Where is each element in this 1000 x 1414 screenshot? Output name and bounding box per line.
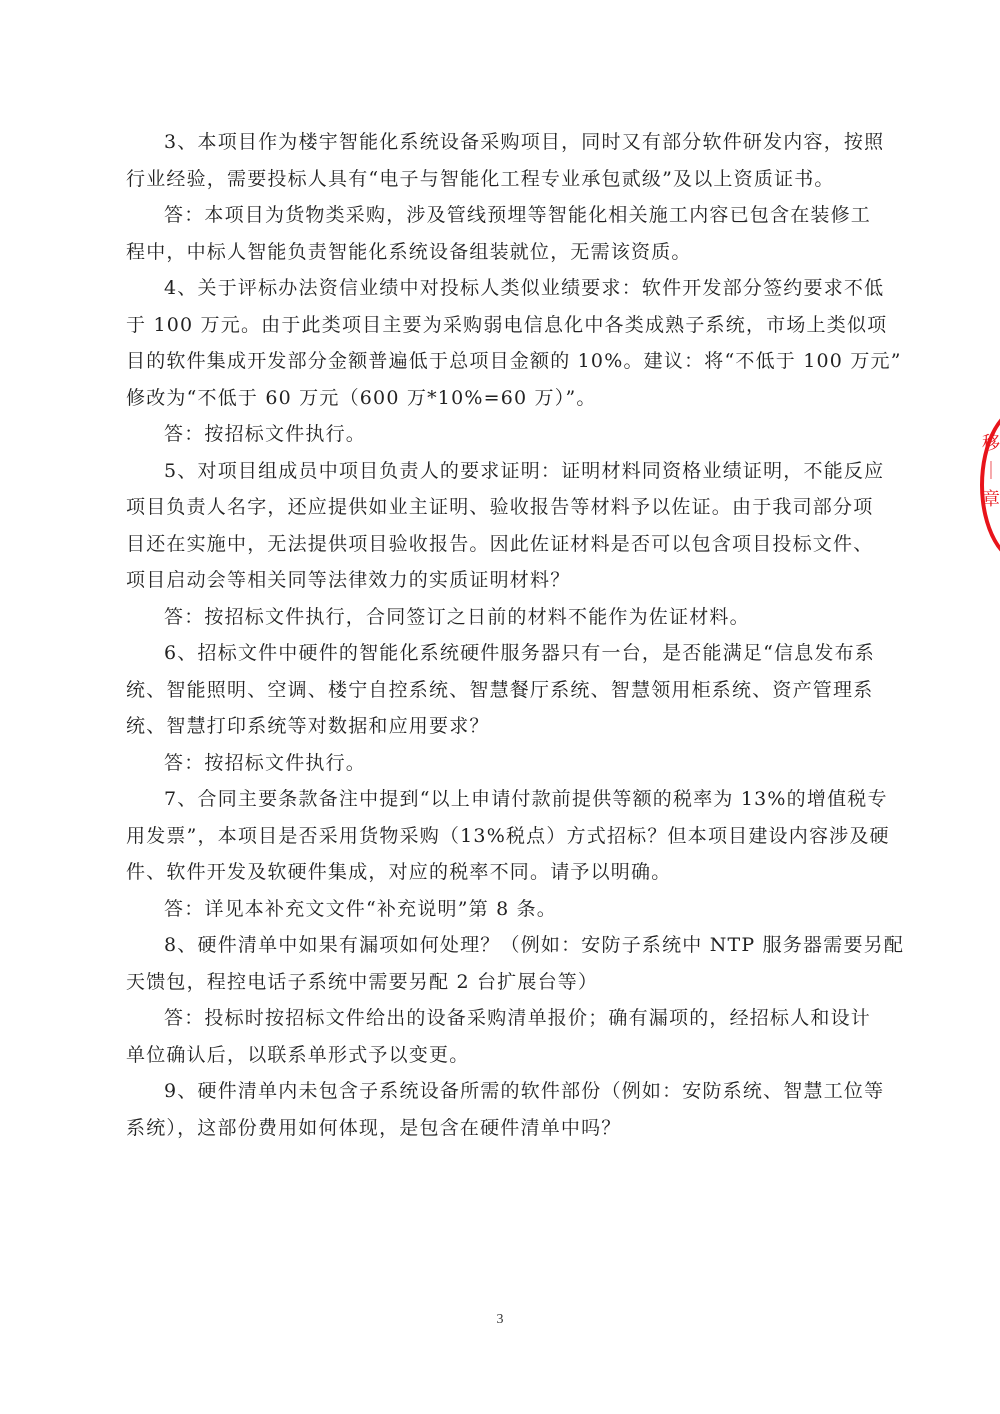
document-body: 3、本项目作为楼宇智能化系统设备采购项目，同时又有部分软件研发内容，按照行业经验… <box>126 124 916 1146</box>
paragraph-first-line: 3、本项目作为楼宇智能化系统设备采购项目，同时又有部分软件研发内容，按照 <box>126 124 916 161</box>
paragraph-first-line: 答：投标时按招标文件给出的设备采购清单报价；确有漏项的，经招标人和设计 <box>126 1000 916 1037</box>
paragraph-first-line: 答：按招标文件执行。 <box>126 416 916 453</box>
paragraph-line: 修改为“不低于 60 万元（600 万*10%=60 万）”。 <box>126 380 916 417</box>
paragraph-first-line: 7、合同主要条款备注中提到“以上申请付款前提供等额的税率为 13%的增值税专 <box>126 781 916 818</box>
paragraph-line: 于 100 万元。由于此类项目主要为采购弱电信息化中各类成熟子系统，市场上类似项 <box>126 307 916 344</box>
paragraph-first-line: 答：按招标文件执行，合同签订之日前的材料不能作为佐证材料。 <box>126 599 916 636</box>
paragraph-first-line: 4、关于评标办法资信业绩中对投标人类似业绩要求：软件开发部分签约要求不低 <box>126 270 916 307</box>
paragraph-first-line: 答：本项目为货物类采购，涉及管线预埋等智能化相关施工内容已包含在装修工 <box>126 197 916 234</box>
paragraph-line: 程中，中标人智能负责智能化系统设备组装就位，无需该资质。 <box>126 234 916 271</box>
red-seal-stamp-text: 移 ｜ 章 <box>982 430 1000 514</box>
paragraph-line: 统、智慧打印系统等对数据和应用要求？ <box>126 708 916 745</box>
paragraph-line: 项目负责人名字，还应提供如业主证明、验收报告等材料予以佐证。由于我司部分项 <box>126 489 916 526</box>
paragraph-first-line: 9、硬件清单内未包含子系统设备所需的软件部份（例如：安防系统、智慧工位等 <box>126 1073 916 1110</box>
paragraph-first-line: 8、硬件清单中如果有漏项如何处理？（例如：安防子系统中 NTP 服务器需要另配 <box>126 927 916 964</box>
paragraph-first-line: 答：详见本补充文文件“补充说明”第 8 条。 <box>126 891 916 928</box>
document-page: 3、本项目作为楼宇智能化系统设备采购项目，同时又有部分软件研发内容，按照行业经验… <box>0 0 1000 1414</box>
paragraph-first-line: 6、招标文件中硬件的智能化系统硬件服务器只有一台，是否能满足“信息发布系 <box>126 635 916 672</box>
paragraph-line: 目的软件集成开发部分金额普遍低于总项目金额的 10%。建议：将“不低于 100 … <box>126 343 916 380</box>
paragraph-line: 目还在实施中，无法提供项目验收报告。因此佐证材料是否可以包含项目投标文件、 <box>126 526 916 563</box>
paragraph-line: 行业经验，需要投标人具有“电子与智能化工程专业承包贰级”及以上资质证书。 <box>126 161 916 198</box>
paragraph-line: 用发票”，本项目是否采用货物采购（13%税点）方式招标？但本项目建设内容涉及硬 <box>126 818 916 855</box>
paragraph-line: 系统），这部份费用如何体现，是包含在硬件清单中吗？ <box>126 1110 916 1147</box>
page-number: 3 <box>0 1312 1000 1328</box>
paragraph-line: 单位确认后，以联系单形式予以变更。 <box>126 1037 916 1074</box>
paragraph-line: 件、软件开发及软硬件集成，对应的税率不同。请予以明确。 <box>126 854 916 891</box>
paragraph-line: 项目启动会等相关同等法律效力的实质证明材料？ <box>126 562 916 599</box>
paragraph-line: 统、智能照明、空调、楼宁自控系统、智慧餐厅系统、智慧领用柜系统、资产管理系 <box>126 672 916 709</box>
paragraph-line: 天馈包，程控电话子系统中需要另配 2 台扩展台等） <box>126 964 916 1001</box>
paragraph-first-line: 答：按招标文件执行。 <box>126 745 916 782</box>
paragraph-first-line: 5、对项目组成员中项目负责人的要求证明：证明材料同资格业绩证明，不能反应 <box>126 453 916 490</box>
